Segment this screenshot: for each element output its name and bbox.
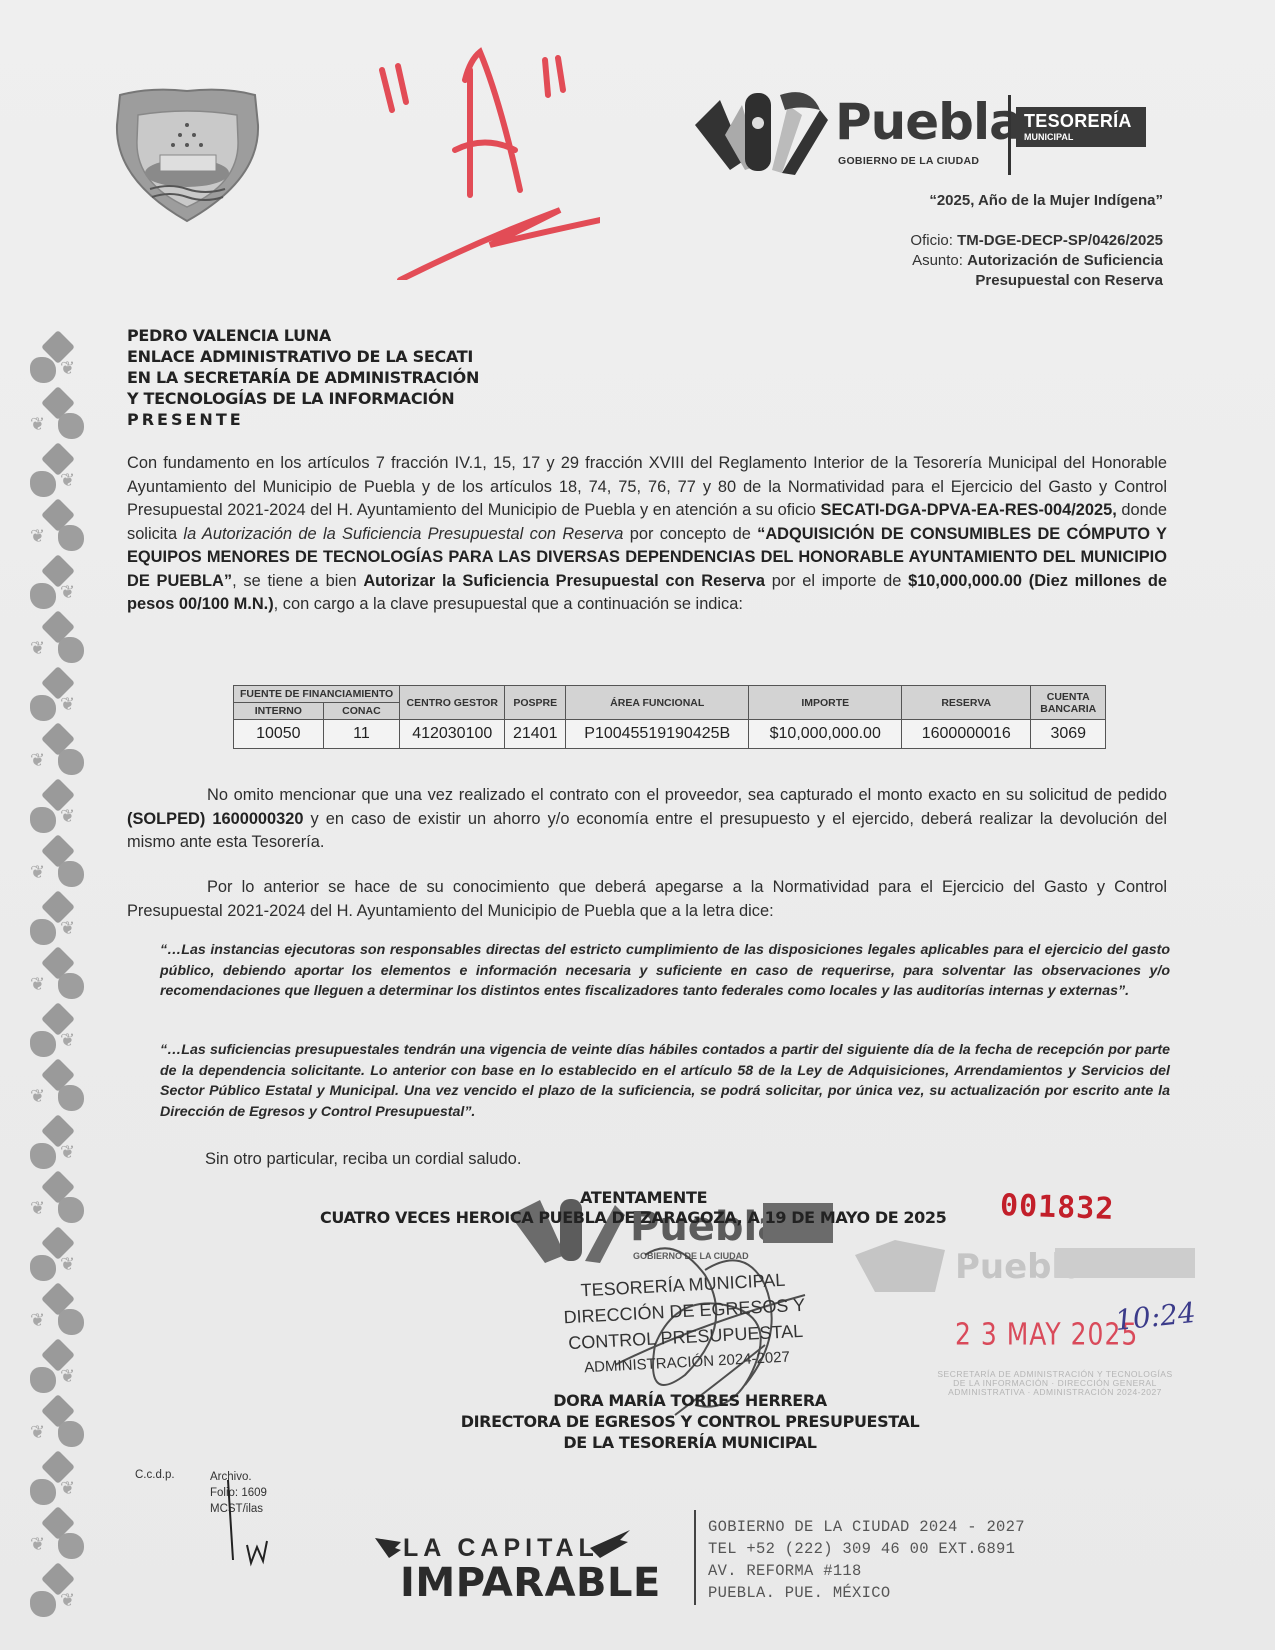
asunto-line2: Presupuestal con Reserva <box>975 272 1163 289</box>
recipient-block: PEDRO VALENCIA LUNA ENLACE ADMINISTRATIV… <box>127 325 479 430</box>
regulation-quote-1: “…Las instancias ejecutoras son responsa… <box>160 940 1170 1002</box>
footer-address: GOBIERNO DE LA CIUDAD 2024 - 2027 TEL +5… <box>708 1516 1025 1604</box>
header-importe: IMPORTE <box>749 686 902 720</box>
logo-wordmark: Puebla <box>835 93 1022 151</box>
cc-label: C.c.d.p. <box>135 1469 175 1481</box>
body-paragraph-1: Con fundamento en los artículos 7 fracci… <box>127 452 1167 617</box>
footer-divider <box>694 1510 696 1605</box>
la-capital-imparable-logo: LA CAPITAL IMPARABLE <box>375 1530 665 1605</box>
header-interno: INTERNO <box>234 703 324 720</box>
header-pospre: POSPRE <box>505 686 566 720</box>
handwritten-initials <box>225 1475 285 1570</box>
handwritten-red-mark <box>370 40 600 280</box>
reception-faint-stamp-text: SECRETARÍA DE ADMINISTRACIÓN Y TECNOLOGÍ… <box>930 1370 1180 1397</box>
header-fuente: FUENTE DE FINANCIAMIENTO <box>234 686 400 703</box>
decorative-side-border: ❦ ❦ ❦ ❦ ❦ ❦ ❦ ❦ ❦ ❦ ❦ ❦ ❦ ❦ ❦ ❦ ❦ ❦ ❦ ❦ … <box>30 335 90 1635</box>
city-shield-crest-icon <box>110 85 265 225</box>
request-oficio-number: SECATI-DGA-DPVA-EA-RES-004/2025, <box>821 501 1117 519</box>
body-paragraph-2: No omito mencionar que una vez realizado… <box>127 784 1167 855</box>
document-page: ❦ ❦ ❦ ❦ ❦ ❦ ❦ ❦ ❦ ❦ ❦ ❦ ❦ ❦ ❦ ❦ ❦ ❦ ❦ ❦ … <box>0 0 1275 1650</box>
received-time-handwritten: 10:24 <box>1113 1296 1197 1337</box>
atentamente-label: ATENTAMENTE <box>580 1188 707 1207</box>
table-row: 10050 11 412030100 21401 P10045519190425… <box>234 720 1106 749</box>
signer-title: DIRECTORA DE EGRESOS Y CONTROL PRESUPUES… <box>430 1411 950 1432</box>
oficio-reference: Oficio: TM-DGE-DECP-SP/0426/2025 Asunto:… <box>910 231 1163 291</box>
left-wing-icon <box>375 1534 401 1560</box>
logo-subtitle: GOBIERNO DE LA CIUDAD <box>838 155 979 167</box>
right-wing-icon <box>590 1530 630 1560</box>
solped-number: (SOLPED) 1600000320 <box>127 810 304 828</box>
folio-number-stamp: 001832 <box>999 1188 1115 1227</box>
puebla-emblem-icon <box>690 85 830 175</box>
budget-key-table: FUENTE DE FINANCIAMIENTO CENTRO GESTOR P… <box>233 685 1106 749</box>
closing-salutation: Sin otro particular, reciba un cordial s… <box>205 1150 521 1169</box>
header-cuenta-bancaria: CUENTA BANCARIA <box>1031 686 1106 720</box>
body-paragraph-3: Por lo anterior se hace de su conocimien… <box>127 876 1167 923</box>
header-centro-gestor: CENTRO GESTOR <box>400 686 505 720</box>
year-motto: “2025, Año de la Mujer Indígena” <box>929 192 1163 209</box>
header-conac: CONAC <box>323 703 400 720</box>
puebla-tesoreria-logo: Puebla GOBIERNO DE LA CIUDAD TESORERÍA M… <box>690 85 1160 175</box>
department-badge: TESORERÍA MUNICIPAL <box>1016 107 1146 147</box>
header-area-funcional: ÁREA FUNCIONAL <box>566 686 749 720</box>
signer-name: DORA MARÍA TORRES HERRERA <box>430 1390 950 1411</box>
signer-block: DORA MARÍA TORRES HERRERA DIRECTORA DE E… <box>430 1390 950 1453</box>
header-reserva: RESERVA <box>902 686 1031 720</box>
oficio-number: TM-DGE-DECP-SP/0426/2025 <box>957 232 1163 249</box>
received-date-stamp: 2 3 MAY 2025 <box>955 1317 1138 1352</box>
reception-faded-logo-icon: Puebla <box>855 1240 1195 1295</box>
recipient-name: PEDRO VALENCIA LUNA <box>127 325 479 346</box>
asunto-line1: Autorización de Suficiencia <box>967 252 1163 269</box>
logo-divider <box>1008 95 1011 175</box>
regulation-quote-2: “…Las suficiencias presupuestales tendrá… <box>160 1040 1170 1122</box>
